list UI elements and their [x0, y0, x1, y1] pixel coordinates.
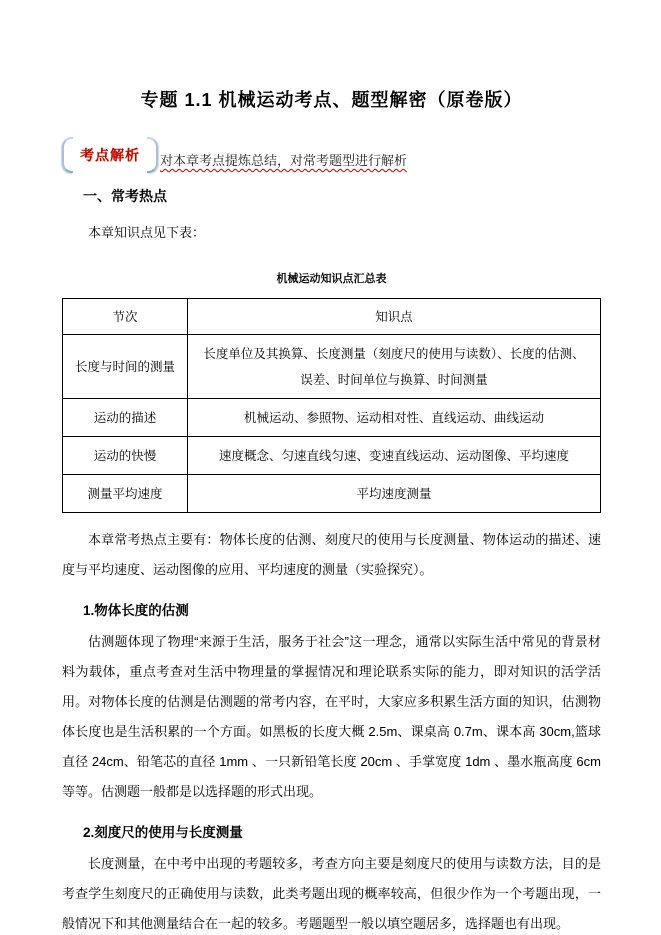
sub-heading-ruler-measurement: 2.刻度尺的使用与长度测量	[62, 821, 601, 841]
table-cell-knowledge: 长度单位及其换算、长度测量（刻度尺的使用与读数）、长度的估测、误差、时间单位与换…	[188, 335, 601, 399]
sub-heading-length-estimation: 1.物体长度的估测	[62, 599, 601, 619]
table-header-row: 节次 知识点	[63, 299, 601, 335]
length-estimation-paragraph: 估测题体现了物理“来源于生活，服务于社会”这一理念，通常以实际生活中常见的背景材…	[62, 627, 601, 807]
table-cell-section: 运动的快慢	[63, 437, 188, 475]
table-cell-knowledge: 平均速度测量	[188, 475, 601, 513]
table-cell-knowledge: 机械运动、参照物、运动相对性、直线运动、曲线运动	[188, 399, 601, 437]
table-row: 长度与时间的测量 长度单位及其换算、长度测量（刻度尺的使用与读数）、长度的估测、…	[63, 335, 601, 399]
ruler-measurement-paragraph: 长度测量，在中考中出现的考题较多，考查方向主要是刻度尺的使用与读数方法，目的是考…	[62, 849, 601, 935]
table-title: 机械运动知识点汇总表	[62, 270, 601, 286]
right-bracket-icon	[147, 137, 158, 173]
exam-points-analysis-badge: 考点解析	[62, 136, 158, 174]
left-bracket-icon	[62, 137, 73, 173]
table-cell-knowledge: 速度概念、匀速直线匀速、变速直线运动、运动图像、平均速度	[188, 437, 601, 475]
table-header-section: 节次	[63, 299, 188, 335]
table-row: 运动的描述 机械运动、参照物、运动相对性、直线运动、曲线运动	[63, 399, 601, 437]
badge-tagline: 对本章考点提炼总结，对常考题型进行解析	[160, 150, 407, 170]
table-cell-section: 运动的描述	[63, 399, 188, 437]
document-page: 专题 1.1 机械运动考点、题型解密（原卷版） 考点解析 对本章考点提炼总结，对…	[0, 0, 661, 935]
table-cell-section: 长度与时间的测量	[63, 335, 188, 399]
table-intro-text: 本章知识点见下表：	[62, 218, 601, 248]
exam-points-analysis-row: 考点解析 对本章考点提炼总结，对常考题型进行解析	[62, 136, 601, 170]
table-cell-section: 测量平均速度	[63, 475, 188, 513]
knowledge-summary-table: 节次 知识点 长度与时间的测量 长度单位及其换算、长度测量（刻度尺的使用与读数）…	[62, 298, 601, 513]
table-header-knowledge: 知识点	[188, 299, 601, 335]
badge-label: 考点解析	[73, 145, 147, 165]
table-row: 测量平均速度 平均速度测量	[63, 475, 601, 513]
document-title: 专题 1.1 机械运动考点、题型解密（原卷版）	[62, 86, 601, 112]
table-row: 运动的快慢 速度概念、匀速直线匀速、变速直线运动、运动图像、平均速度	[63, 437, 601, 475]
hot-points-summary-paragraph: 本章常考热点主要有：物体长度的估测、刻度尺的使用与长度测量、物体运动的描述、速度…	[62, 525, 601, 585]
section-heading-hot-points: 一、常考热点	[62, 186, 601, 206]
